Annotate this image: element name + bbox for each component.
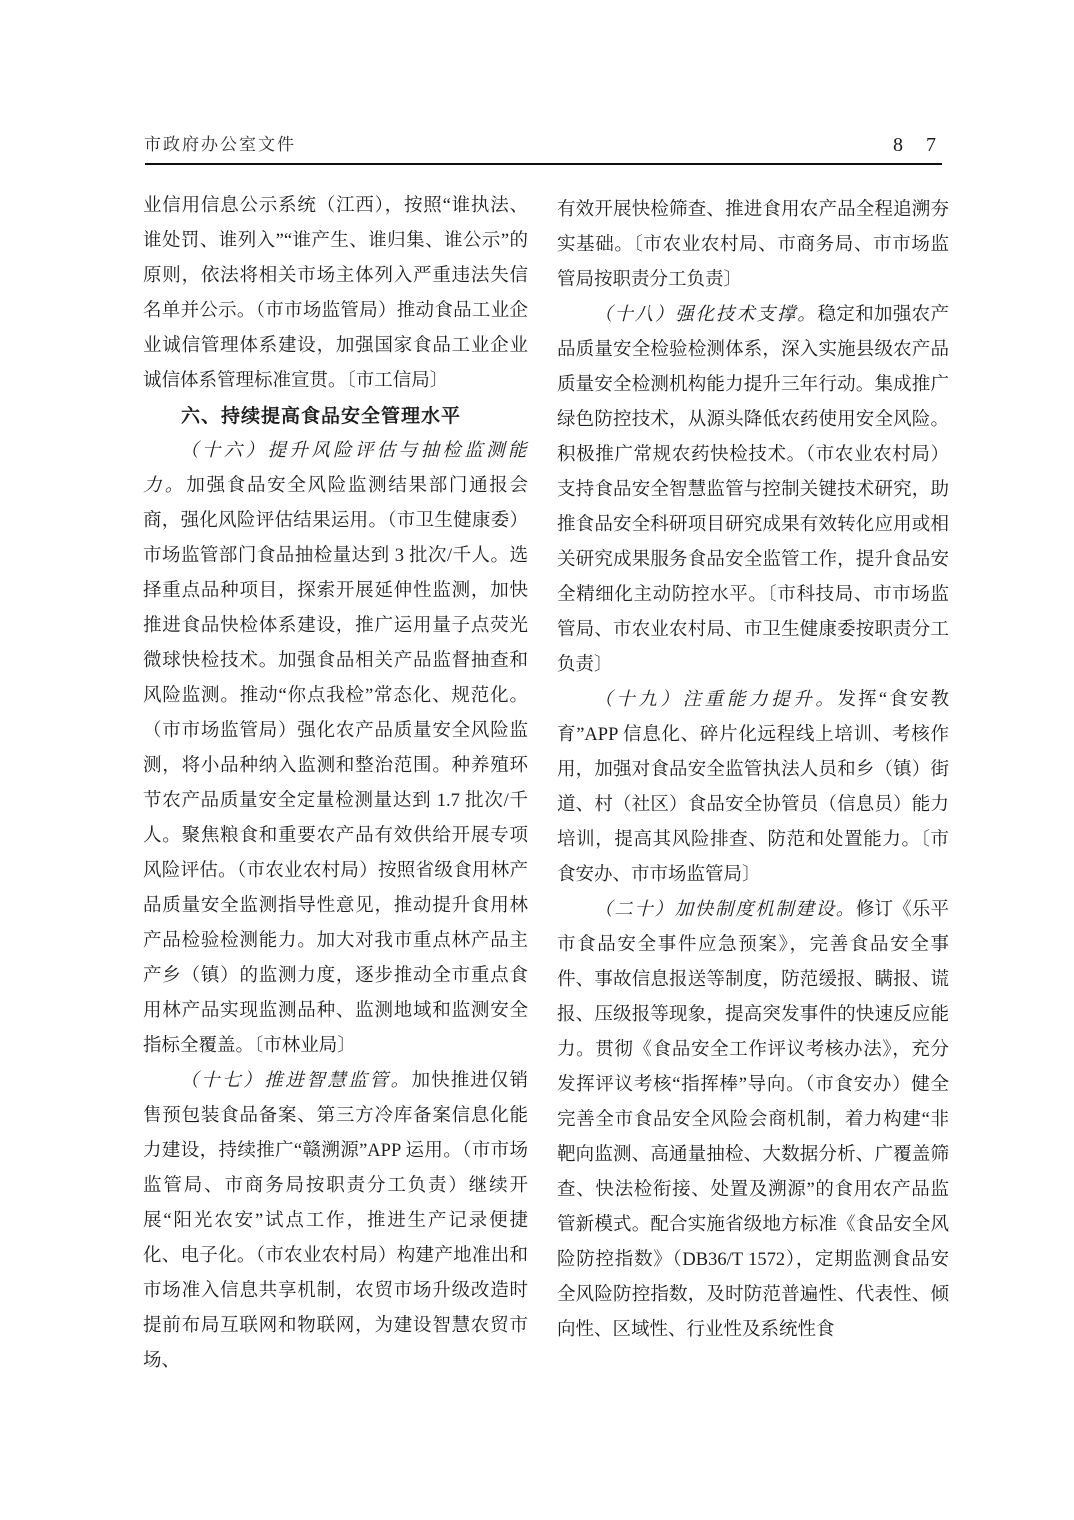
paragraph-lead: （十八）强化技术支撑。 (594, 305, 818, 325)
paragraph: （二十）加快制度机制建设。修订《乐平市食品安全事件应急预案》，完善食品安全事件、… (557, 893, 949, 1348)
paragraph-text: 发挥“食安教育”APP 信息化、碎片化远程线上培训、考核作用，加强对食品安全监管… (557, 690, 949, 885)
paragraph-text: 修订《乐平市食品安全事件应急预案》，完善食品安全事件、事故信息报送等制度，防范缓… (557, 900, 949, 1340)
page-number: 8 7 (893, 134, 945, 157)
text-column-right: 有效开展快检筛查、推进食用农产品全程追溯夯实基础。〔市农业农村局、市商务局、市市… (557, 193, 949, 1348)
paragraph-lead: （十七）推进智慧监管。 (180, 1071, 412, 1091)
paragraph-text: 稳定和加强农产品质量安全检验检测体系，深入实施县级农产品质量安全检测机构能力提升… (557, 305, 949, 675)
paragraph: （十六）提升风险评估与抽检监测能力。加强食品安全风险监测结果部门通报会商，强化风… (143, 434, 528, 1064)
paragraph: （十八）强化技术支撑。稳定和加强农产品质量安全检验检测体系，深入实施县级农产品质… (557, 298, 949, 683)
text-column-left: 业信用信息公示系统（江西），按照“谁执法、谁处罚、谁列入”“谁产生、谁归集、谁公… (143, 189, 528, 1379)
header-rule (145, 163, 942, 165)
paragraph: （十七）推进智慧监管。加快推进仅销售预包装食品备案、第三方冷库备案信息化能力建设… (143, 1064, 528, 1379)
paragraph-continuation: 有效开展快检筛查、推进食用农产品全程追溯夯实基础。〔市农业农村局、市商务局、市市… (557, 193, 949, 298)
paragraph-continuation: 业信用信息公示系统（江西），按照“谁执法、谁处罚、谁列入”“谁产生、谁归集、谁公… (143, 189, 528, 399)
paragraph-lead: （十九）注重能力提升。 (594, 690, 838, 710)
paragraph: （十九）注重能力提升。发挥“食安教育”APP 信息化、碎片化远程线上培训、考核作… (557, 683, 949, 893)
paragraph-text: 加快推进仅销售预包装食品备案、第三方冷库备案信息化能力建设，持续推广“赣溯源”A… (143, 1071, 528, 1371)
paragraph-lead: （二十）加快制度机制建设。 (594, 900, 856, 920)
paragraph-text: 加强食品安全风险监测结果部门通报会商，强化风险评估结果运用。（市卫生健康委）市场… (143, 476, 528, 1056)
header-doc-label: 市政府办公室文件 (144, 130, 296, 155)
section-heading: 六、持续提高食品安全管理水平 (143, 399, 528, 434)
document-page: 市政府办公室文件 8 7 业信用信息公示系统（江西），按照“谁执法、谁处罚、谁列… (0, 0, 1074, 1520)
